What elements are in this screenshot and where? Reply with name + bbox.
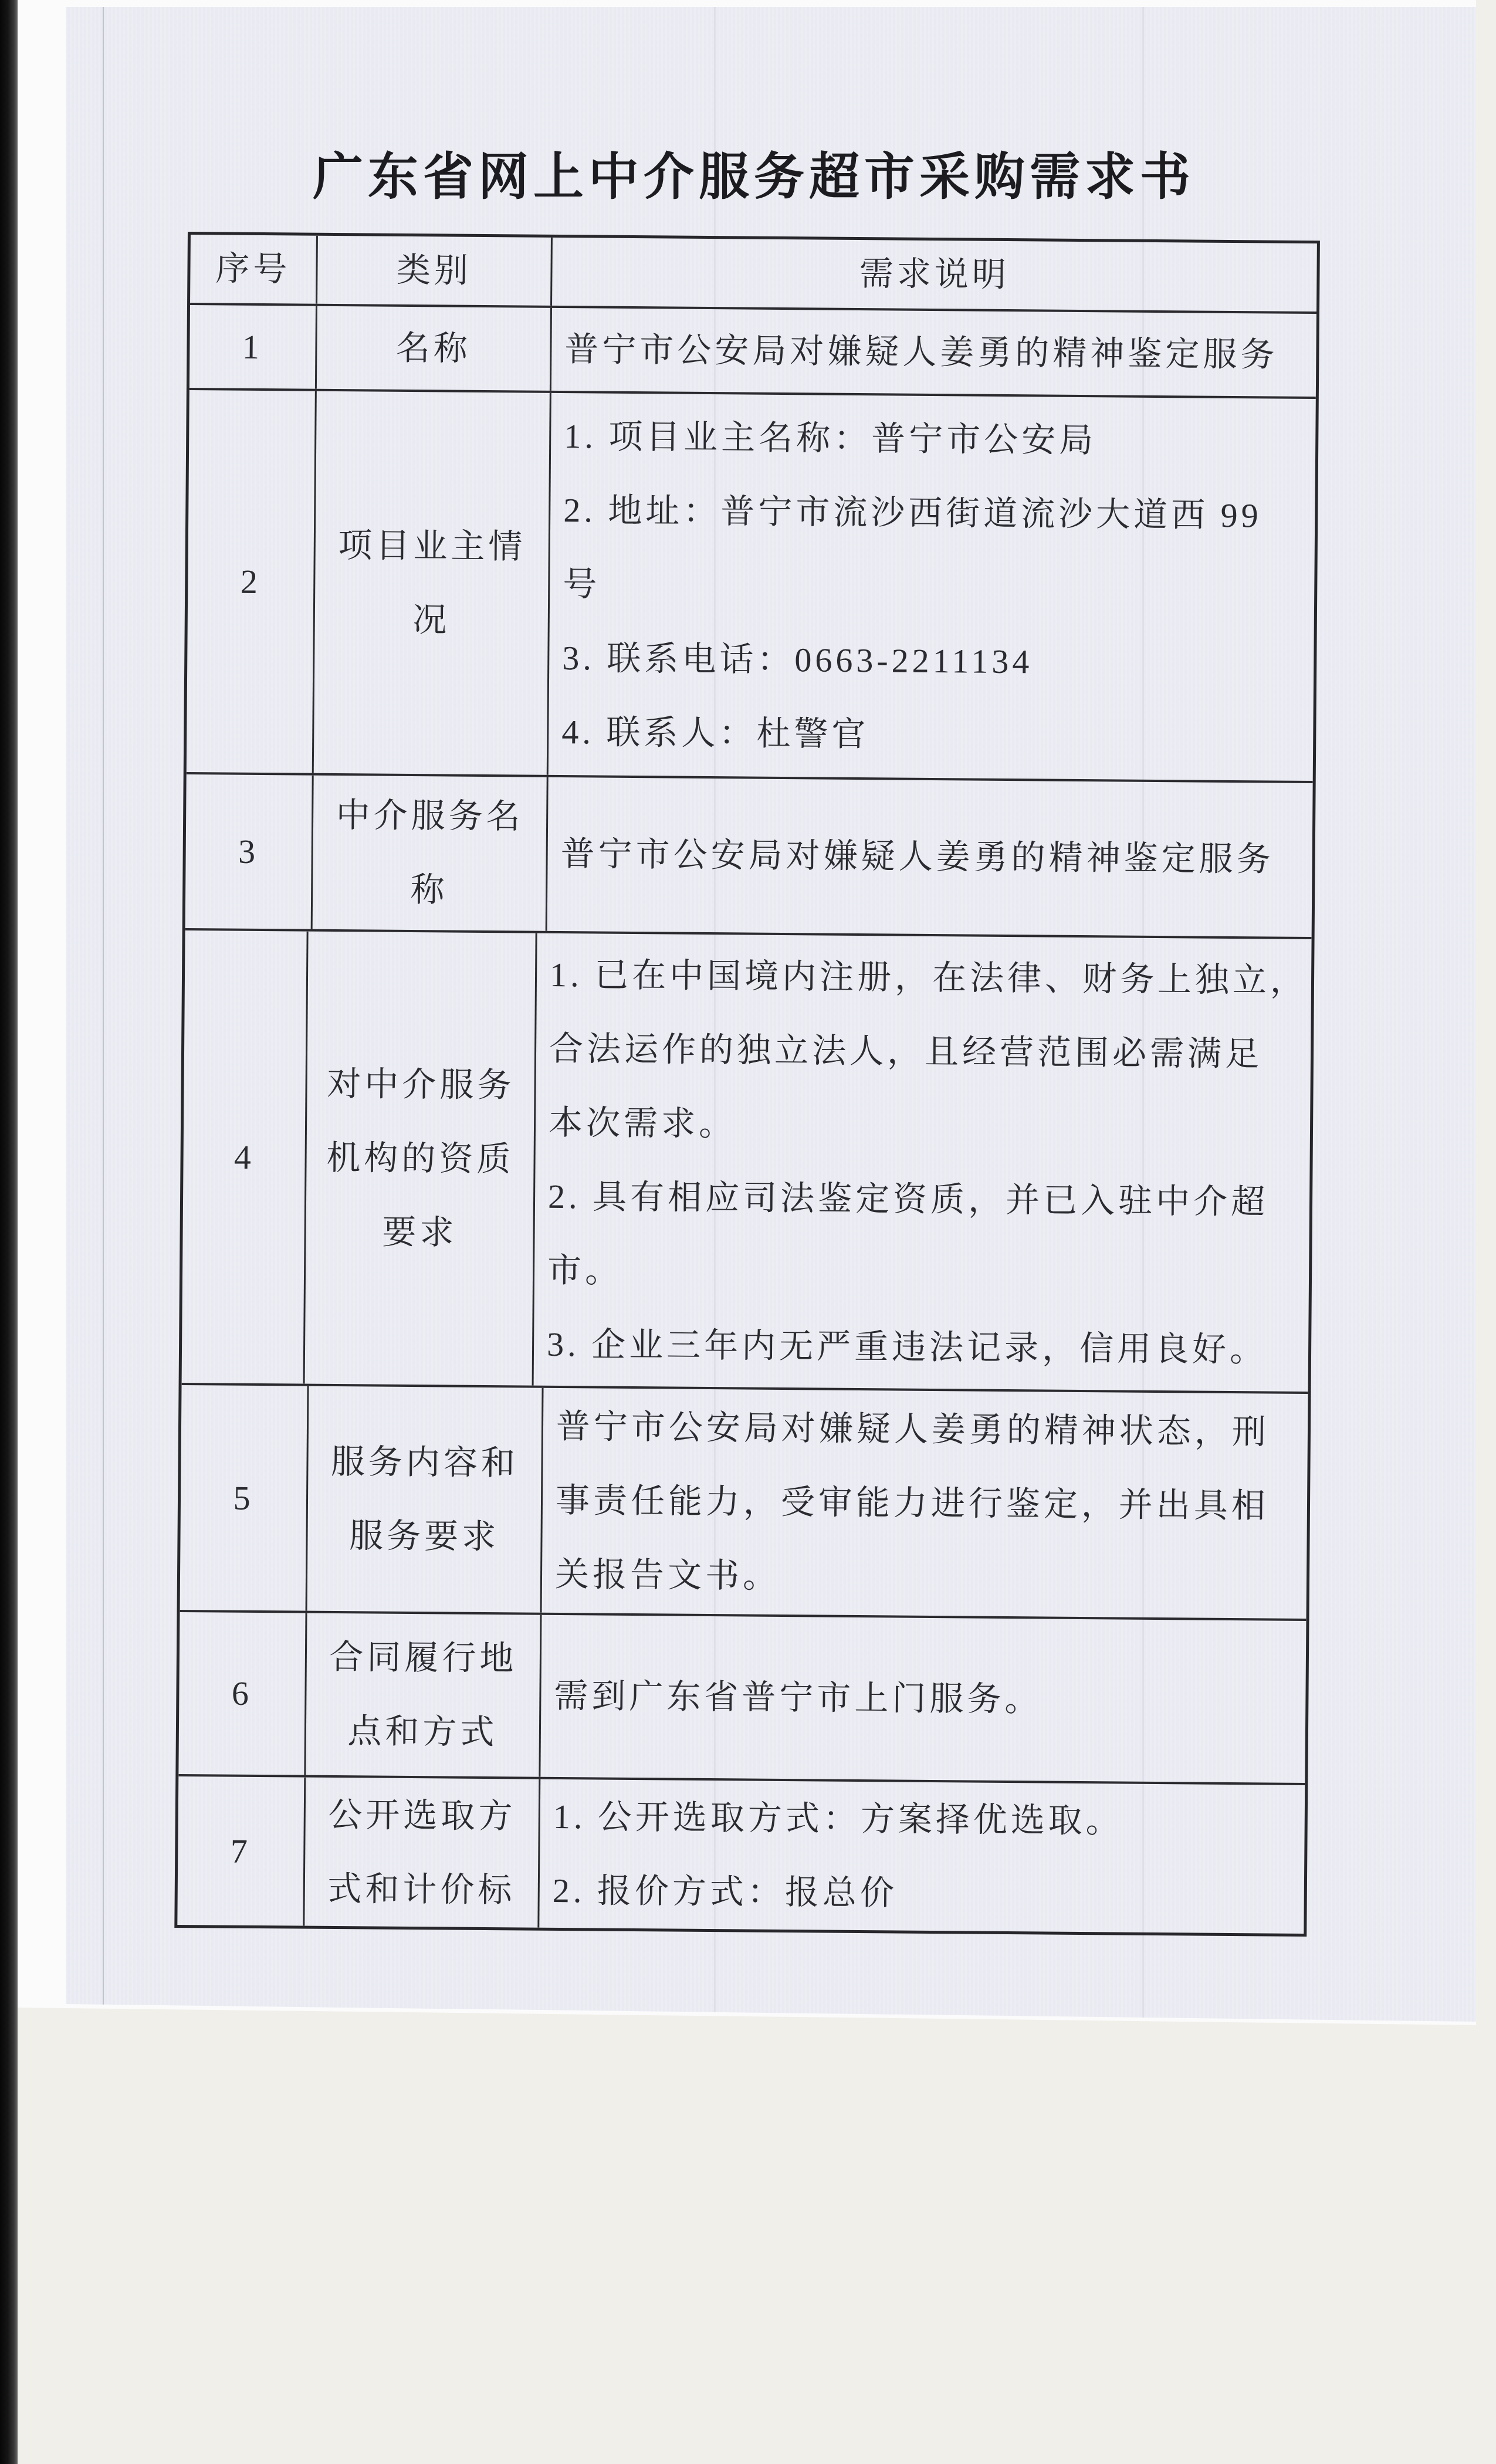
scanned-document-canvas: 广东省网上中介服务超市采购需求书 序号 类别 需求说明 1 名称 普宁市公安局对… bbox=[0, 0, 1496, 2464]
table-row: 6 合同履行地 点和方式 需到广东省普宁市上门服务。 bbox=[178, 1612, 1306, 1785]
table-row: 1 名称 普宁市公安局对嫌疑人姜勇的精神鉴定服务 bbox=[189, 305, 1316, 399]
category-line: 服务内容和 bbox=[331, 1424, 519, 1500]
desc-line: 普宁市公安局对嫌疑人姜勇的精神鉴定服务 bbox=[560, 817, 1274, 897]
desc-line: 普宁市公安局对嫌疑人姜勇的精神状态，刑 bbox=[556, 1389, 1270, 1469]
header-cell-description: 需求说明 bbox=[552, 238, 1317, 312]
desc-line: 号 bbox=[563, 547, 601, 621]
category-line: 合同履行地 bbox=[329, 1620, 517, 1696]
cell-no: 5 bbox=[180, 1385, 309, 1611]
table-row: 7 公开选取方 式和计价标 1. 公开选取方式：方案择优选取。 2. 报价方式：… bbox=[177, 1776, 1305, 1934]
table-row: 4 对中介服务 机构的资质 要求 1. 已在中国境内注册，在法律、财务上独立， … bbox=[182, 930, 1312, 1394]
cell-description: 普宁市公安局对嫌疑人姜勇的精神鉴定服务 bbox=[547, 777, 1313, 937]
cell-description: 1. 已在中国境内注册，在法律、财务上独立， 合法运作的独立法人，且经营范围必需… bbox=[534, 933, 1312, 1392]
header-cell-category: 类别 bbox=[317, 236, 553, 306]
desc-line: 1. 已在中国境内注册，在法律、财务上独立， bbox=[550, 937, 1308, 1017]
cell-description: 1. 项目业主名称：普宁市公安局 2. 地址：普宁市流沙西街道流沙大道西 99 … bbox=[549, 393, 1316, 781]
category-line: 公开选取方 bbox=[328, 1778, 516, 1853]
table-header-row: 序号 类别 需求说明 bbox=[190, 235, 1317, 314]
desc-line: 本次需求。 bbox=[549, 1085, 737, 1161]
desc-line: 2. 具有相应司法鉴定资质，并已入驻中介超 bbox=[548, 1159, 1269, 1239]
category-line: 点和方式 bbox=[347, 1694, 498, 1769]
cell-no: 7 bbox=[177, 1776, 306, 1926]
cell-category: 服务内容和 服务要求 bbox=[307, 1386, 544, 1613]
desc-line: 3. 企业三年内无严重违法记录，信用良好。 bbox=[547, 1307, 1268, 1387]
cell-category: 项目业主情 况 bbox=[314, 391, 551, 775]
category-line: 中介服务名 bbox=[336, 779, 524, 854]
desc-line: 合法运作的独立法人，且经营范围必需满足 bbox=[549, 1011, 1263, 1091]
cell-no: 2 bbox=[187, 390, 317, 773]
cell-category: 中介服务名 称 bbox=[313, 776, 549, 931]
scanner-edge-shadow bbox=[0, 0, 18, 2464]
cell-no: 1 bbox=[189, 305, 317, 389]
category-line: 项目业主情 bbox=[338, 509, 526, 584]
category-line: 服务要求 bbox=[349, 1499, 500, 1574]
table-row: 3 中介服务名 称 普宁市公安局对嫌疑人姜勇的精神鉴定服务 bbox=[185, 774, 1313, 939]
cell-description: 需到广东省普宁市上门服务。 bbox=[540, 1615, 1306, 1783]
requirements-table: 序号 类别 需求说明 1 名称 普宁市公安局对嫌疑人姜勇的精神鉴定服务 2 项目… bbox=[174, 232, 1320, 1937]
desc-line: 市。 bbox=[547, 1233, 623, 1308]
category-line: 称 bbox=[410, 853, 448, 927]
category-line: 式和计价标 bbox=[327, 1852, 516, 1927]
header-cell-no: 序号 bbox=[190, 235, 318, 304]
table-row: 5 服务内容和 服务要求 普宁市公安局对嫌疑人姜勇的精神状态，刑 事责任能力，受… bbox=[180, 1385, 1308, 1621]
cell-no: 3 bbox=[185, 774, 314, 929]
desc-line: 1. 公开选取方式：方案择优选取。 bbox=[553, 1779, 1123, 1858]
document-title: 广东省网上中介服务超市采购需求书 bbox=[188, 136, 1320, 209]
desc-line: 关报告文书。 bbox=[555, 1537, 781, 1613]
desc-line: 1. 项目业主名称：普宁市公安局 bbox=[564, 400, 1097, 478]
desc-line: 普宁市公安局对嫌疑人姜勇的精神鉴定服务 bbox=[564, 313, 1278, 392]
desc-line: 2. 报价方式：报总价 bbox=[552, 1853, 898, 1930]
category-line: 名称 bbox=[395, 311, 471, 385]
cell-description: 1. 公开选取方式：方案择优选取。 2. 报价方式：报总价 bbox=[539, 1779, 1305, 1934]
category-line: 要求 bbox=[382, 1195, 458, 1270]
desc-line: 4. 联系人：杜警官 bbox=[561, 695, 869, 771]
desc-line: 2. 地址：普宁市流沙西街道流沙大道西 99 bbox=[563, 473, 1262, 553]
category-line: 机构的资质 bbox=[326, 1121, 515, 1196]
cell-no: 6 bbox=[178, 1612, 307, 1775]
desc-line: 需到广东省普宁市上门服务。 bbox=[554, 1659, 1043, 1737]
desc-line: 事责任能力，受审能力进行鉴定，并出具相 bbox=[556, 1463, 1270, 1543]
cell-category: 合同履行地 点和方式 bbox=[306, 1613, 541, 1777]
cell-no: 4 bbox=[182, 930, 309, 1384]
category-line: 对中介服务 bbox=[327, 1047, 515, 1122]
table-row: 2 项目业主情 况 1. 项目业主名称：普宁市公安局 2. 地址：普宁市流沙西街… bbox=[187, 390, 1316, 783]
cell-category: 名称 bbox=[317, 306, 552, 391]
cell-description: 普宁市公安局对嫌疑人姜勇的精神鉴定服务 bbox=[551, 308, 1316, 397]
category-line: 况 bbox=[412, 583, 451, 657]
cell-description: 普宁市公安局对嫌疑人姜勇的精神状态，刑 事责任能力，受审能力进行鉴定，并出具相 … bbox=[542, 1388, 1308, 1619]
cell-category: 公开选取方 式和计价标 bbox=[304, 1778, 540, 1928]
desc-line: 3. 联系电话：0663-2211134 bbox=[562, 621, 1033, 699]
paper-fold-line bbox=[103, 7, 104, 2022]
cell-category: 对中介服务 机构的资质 要求 bbox=[305, 932, 537, 1386]
